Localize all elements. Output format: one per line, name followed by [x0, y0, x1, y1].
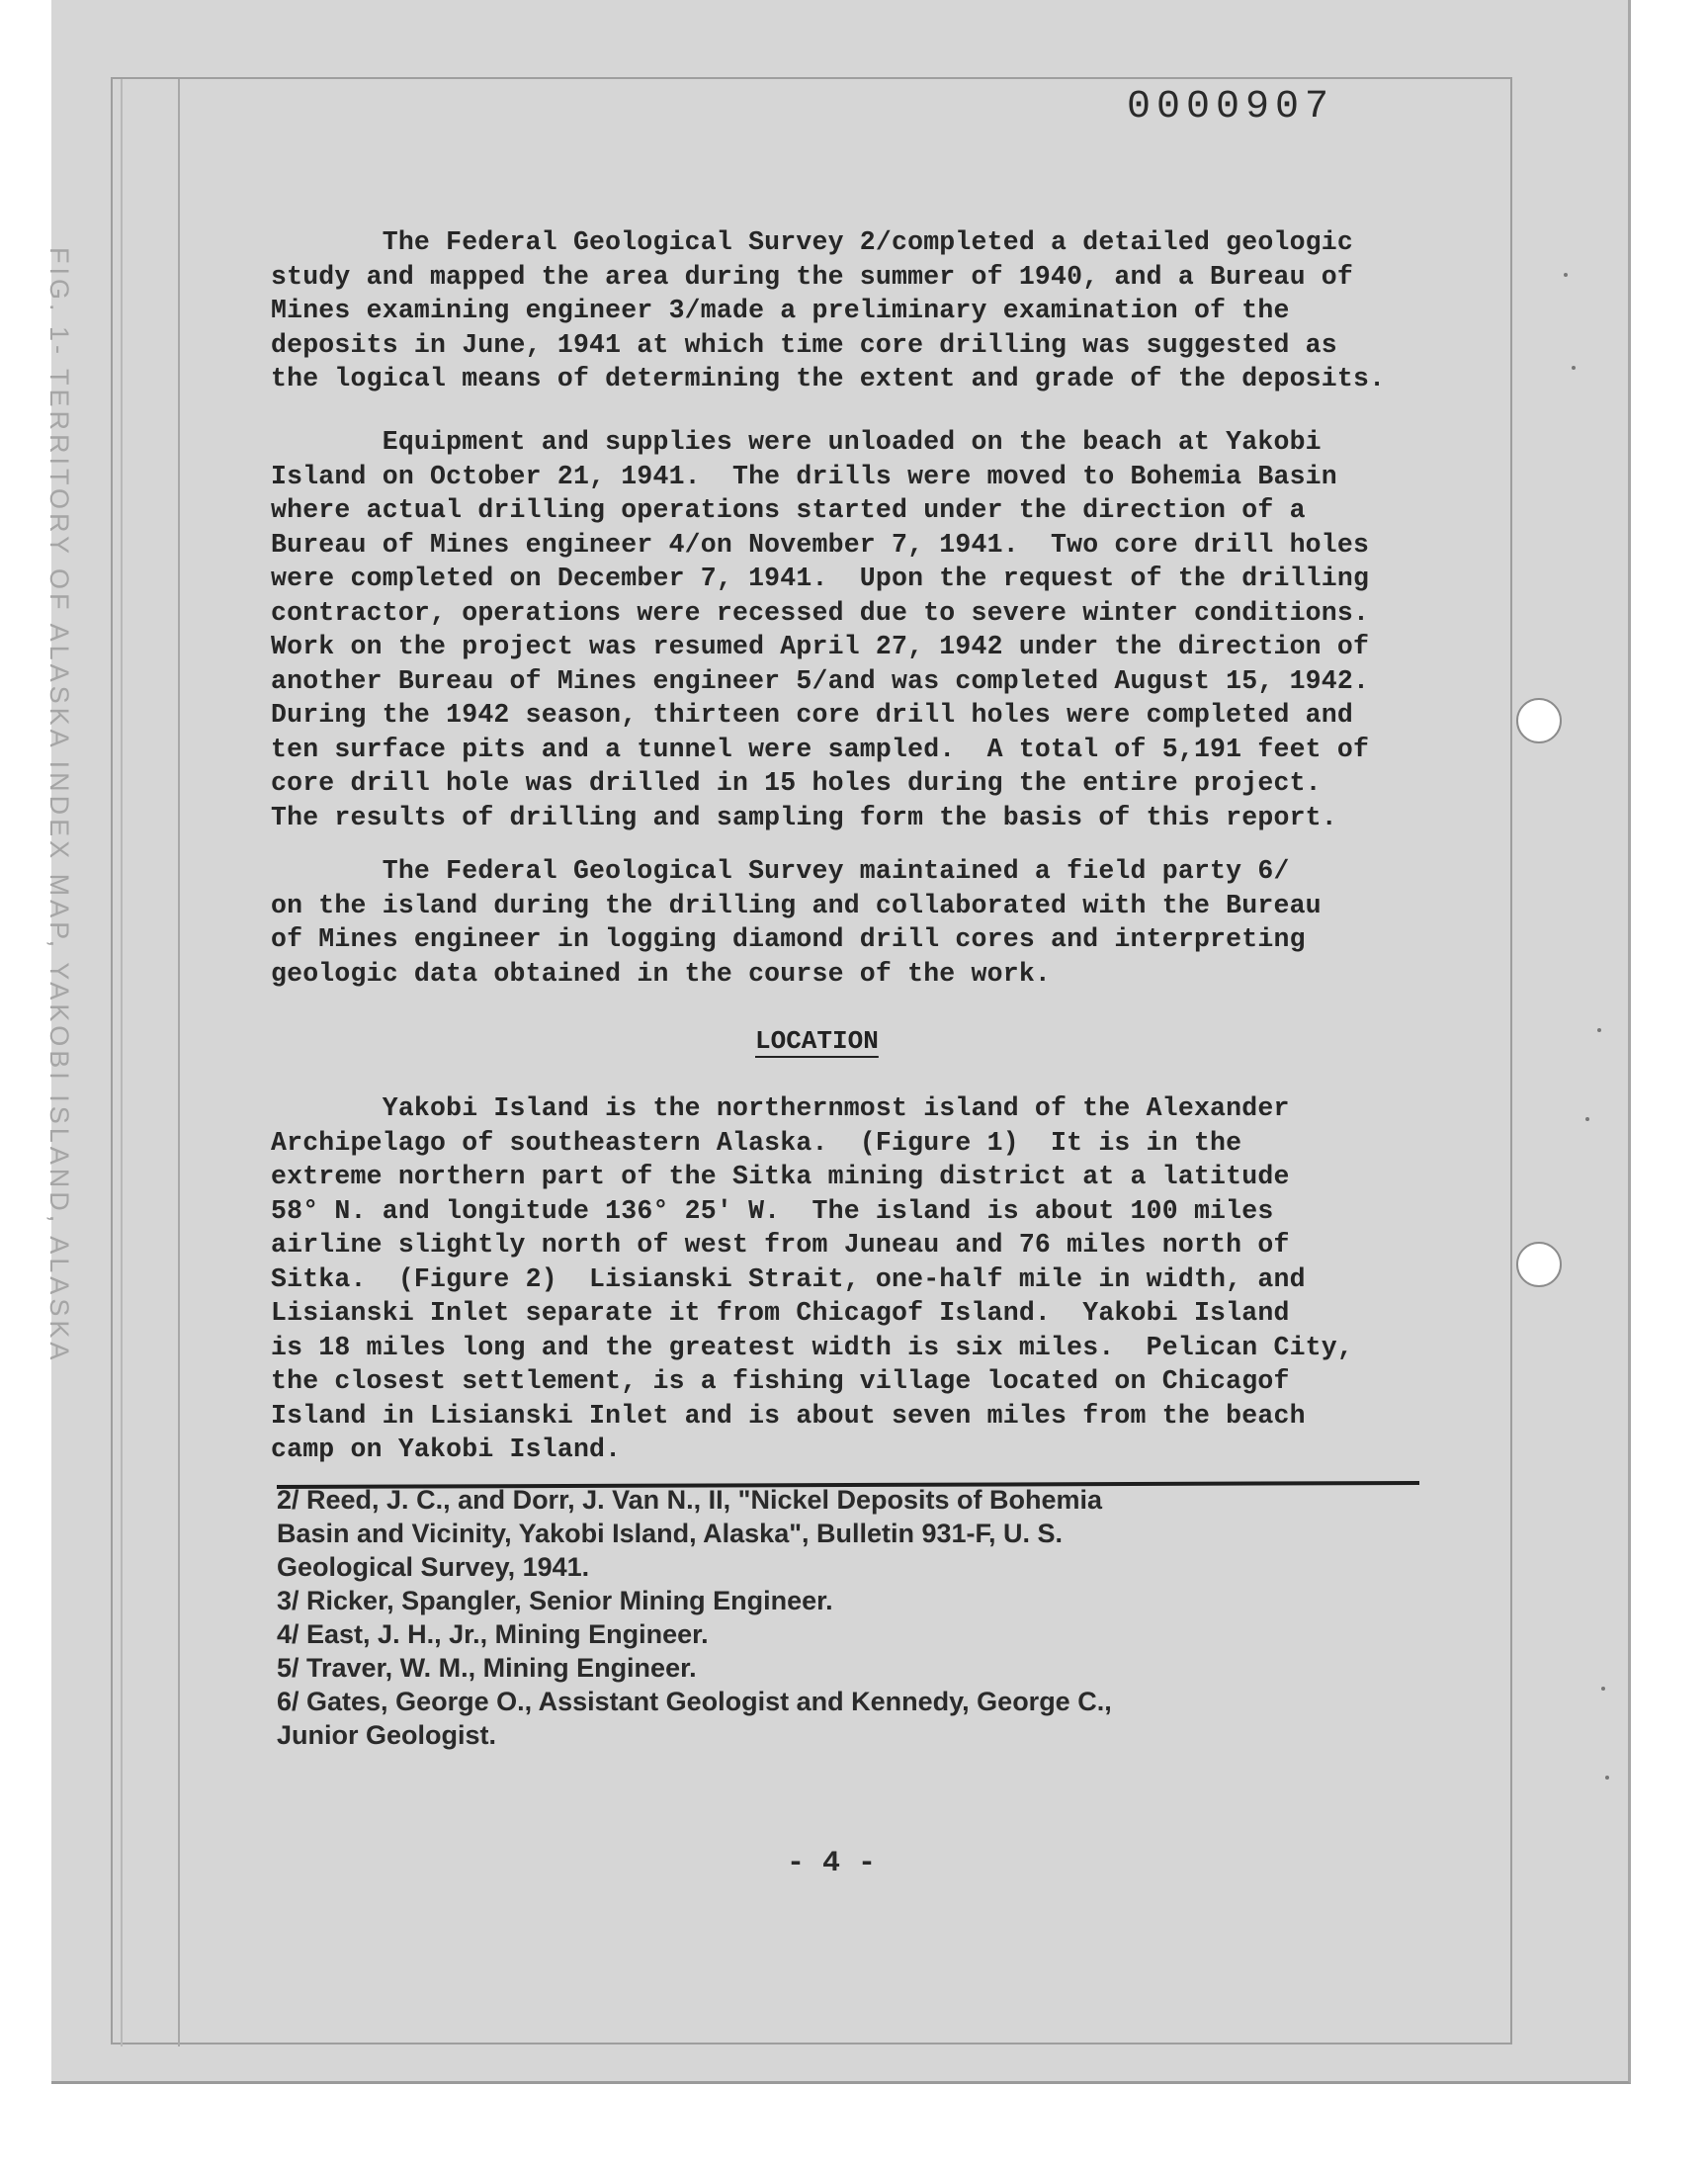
drilling-paragraph: Equipment and supplies were unloaded on … — [271, 425, 1437, 834]
page-number: - 4 - — [787, 1847, 876, 1880]
scan-speck — [1572, 366, 1576, 370]
field-party-paragraph: The Federal Geological Survey maintained… — [271, 854, 1437, 991]
document-number: 0000907 — [1127, 85, 1334, 130]
scan-speck — [1585, 1117, 1589, 1121]
footnotes: 2/ Reed, J. C., and Dorr, J. Van N., II,… — [277, 1483, 1443, 1752]
punch-hole-upper — [1516, 698, 1562, 743]
location-paragraph: Yakobi Island is the northernmost island… — [271, 1091, 1437, 1467]
scan-speck — [1601, 1687, 1605, 1691]
scan-speck — [1597, 1028, 1601, 1032]
intro-paragraph: The Federal Geological Survey 2/complete… — [271, 225, 1437, 396]
punch-hole-lower — [1516, 1242, 1562, 1287]
scan-speck — [1564, 273, 1568, 277]
bleed-through-figure-caption: FIG. 1- TERRITORY OF ALASKA INDEX MAP, Y… — [43, 247, 74, 1363]
scan-speck — [1605, 1776, 1609, 1780]
section-heading-location: LOCATION — [755, 1026, 879, 1056]
map-margin-strip — [121, 79, 180, 2046]
